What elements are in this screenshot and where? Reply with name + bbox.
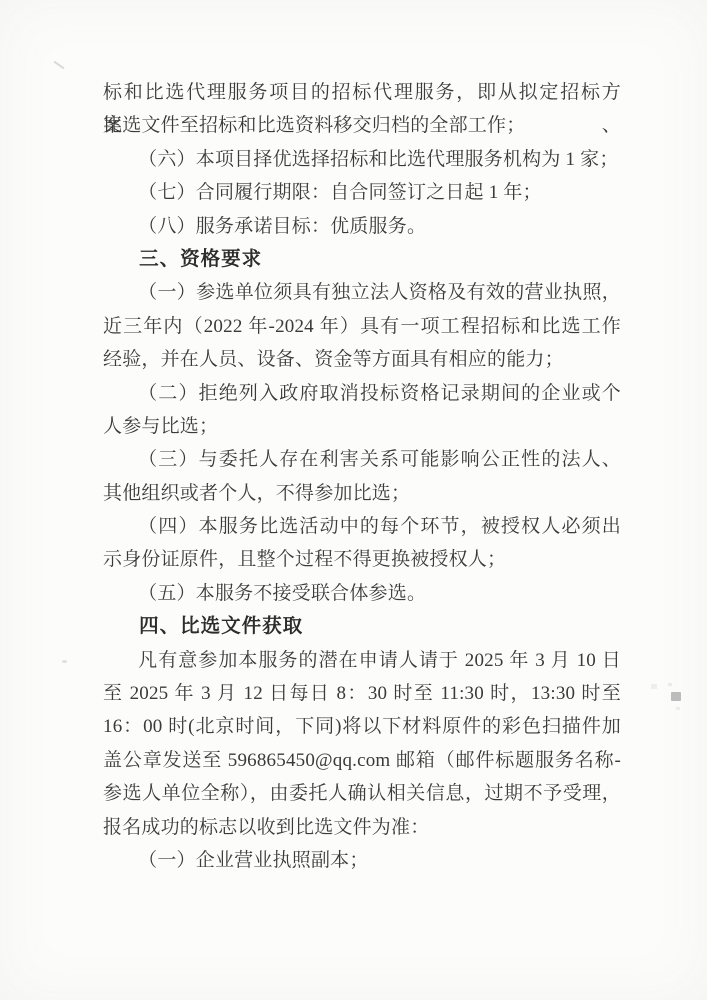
text-line: 人参与比选； xyxy=(103,410,621,443)
text-line: 至 2025 年 3 月 12 日每日 8：30 时至 11:30 时，13:3… xyxy=(103,677,621,710)
text-line: （二）拒绝列入政府取消投标资格记录期间的企业或个 xyxy=(103,377,621,410)
document-page: 标和比选代理服务项目的招标代理服务，即从拟定招标方案、比选文件至招标和比选资料移… xyxy=(0,0,707,1000)
text-line: （六）本项目择优选择招标和比选代理服务机构为 1 家； xyxy=(103,143,621,176)
text-line: （三）与委托人存在利害关系可能影响公正性的法人、 xyxy=(103,443,621,476)
text-line: （一）参选单位须具有独立法人资格及有效的营业执照， xyxy=(103,276,621,309)
text-line: 标和比选代理服务项目的招标代理服务，即从拟定招标方案、 xyxy=(103,76,621,109)
text-line: 凡有意参加本服务的潜在申请人请于 2025 年 3 月 10 日 xyxy=(103,644,621,677)
text-line: 示身份证原件，且整个过程不得更换被授权人； xyxy=(103,543,621,576)
scan-artifact xyxy=(671,692,681,701)
section-heading: 三、资格要求 xyxy=(103,243,621,276)
text-line: 经验，并在人员、设备、资金等方面具有相应的能力； xyxy=(103,343,621,376)
text-line: （七）合同履行期限：自合同签订之日起 1 年； xyxy=(103,176,621,209)
scan-artifact xyxy=(62,660,67,663)
text-line: （一）企业营业执照副本； xyxy=(103,844,621,877)
text-line: 16：00 时(北京时间，下同)将以下材料原件的彩色扫描件加 xyxy=(103,710,621,743)
text-line: 近三年内（2022 年-2024 年）具有一项工程招标和比选工作 xyxy=(103,310,621,343)
section-heading: 四、比选文件获取 xyxy=(103,610,621,643)
text-line: （八）服务承诺目标：优质服务。 xyxy=(103,210,621,243)
text-line: 盖公章发送至 596865450@qq.com 邮箱（邮件标题服务名称- xyxy=(103,744,621,777)
scan-artifact xyxy=(54,61,65,70)
text-line: （四）本服务比选活动中的每个环节，被授权人必须出 xyxy=(103,510,621,543)
text-line: （五）本服务不接受联合体参选。 xyxy=(103,577,621,610)
document-body: 标和比选代理服务项目的招标代理服务，即从拟定招标方案、比选文件至招标和比选资料移… xyxy=(103,76,621,877)
text-line: 其他组织或者个人，不得参加比选； xyxy=(103,477,621,510)
text-line: 报名成功的标志以收到比选文件为准： xyxy=(103,811,621,844)
text-line: 参选人单位全称），由委托人确认相关信息，过期不予受理， xyxy=(103,777,621,810)
